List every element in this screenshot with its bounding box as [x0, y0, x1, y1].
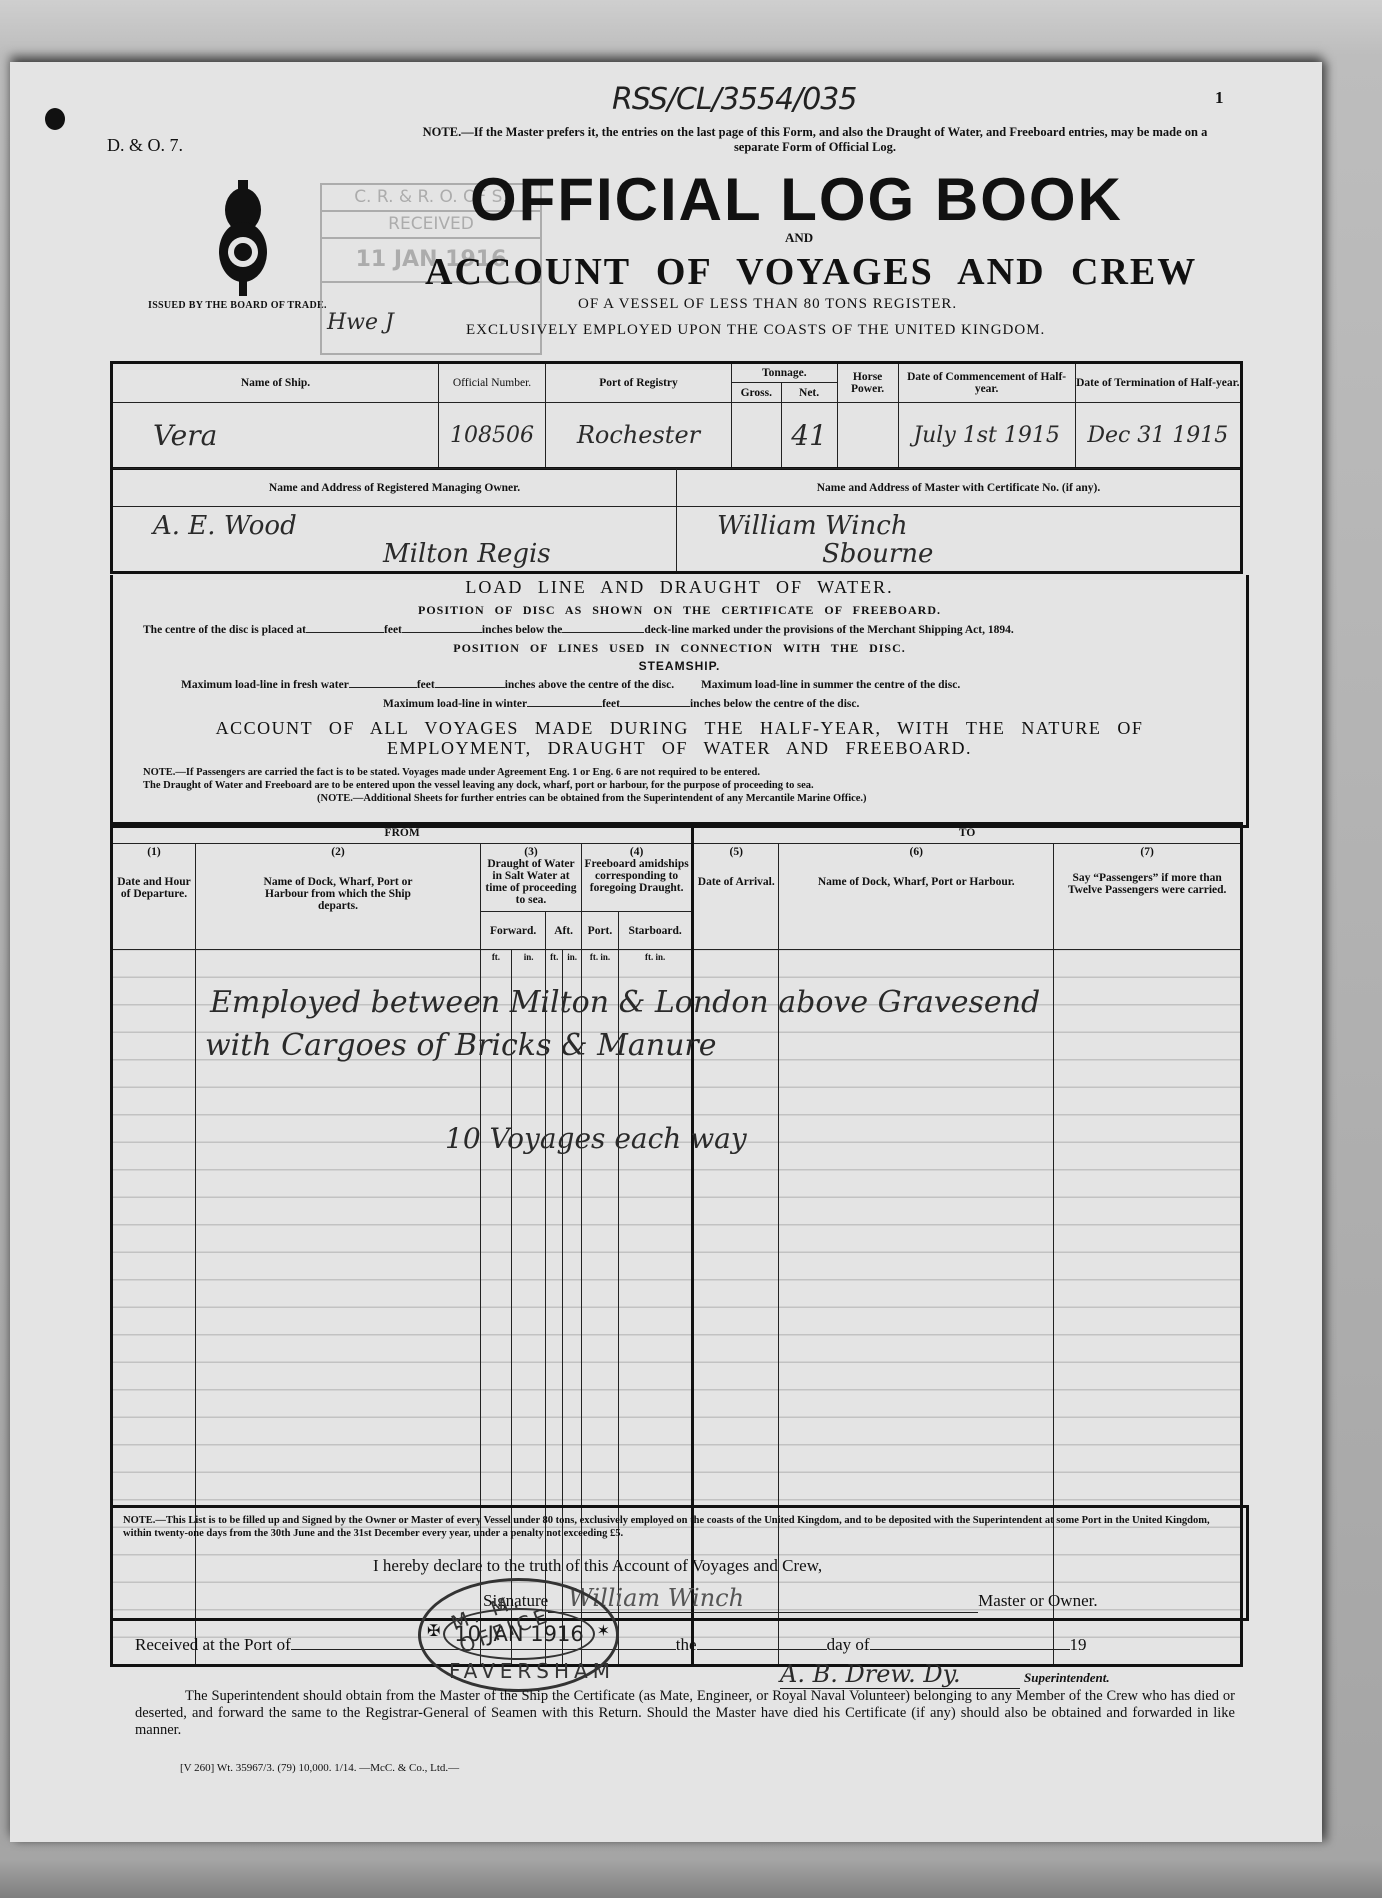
value-gross	[732, 403, 782, 469]
header-tonnage: Tonnage.	[732, 363, 838, 383]
load-line-title: LOAD LINE AND DRAUGHT OF WATER.	[113, 577, 1246, 598]
printer-line: [V 260] Wt. 35967/3. (79) 10,000. 1/14. …	[180, 1762, 459, 1774]
column-label: Date and Hour of Departure.	[115, 876, 193, 900]
inches-below-label: inches below the centre of the disc.	[690, 698, 859, 710]
column-1-header: (1)Date and Hour of Departure.	[112, 844, 196, 950]
owner-master-table: Name and Address of Registered Managing …	[110, 468, 1243, 574]
in-unit: in.	[524, 952, 534, 962]
disc-position-row: The centre of the disc is placed atfeeti…	[143, 622, 1014, 636]
value-horse-power	[837, 403, 898, 469]
disc-heading: POSITION OF DISC AS SHOWN ON THE CERTIFI…	[113, 603, 1246, 618]
star-icon: ✶	[597, 1621, 610, 1641]
voyages-note3: (NOTE.—Additional Sheets for further ent…	[317, 793, 867, 804]
summer-label: Maximum load-line in summer the centre o…	[701, 679, 960, 691]
column-7-header: (7)Say “Passengers” if more than Twelve …	[1054, 844, 1242, 950]
stamp-bottom-text: FAVERSHAM	[449, 1659, 615, 1683]
header-official-number: Official Number.	[439, 363, 546, 403]
feet-label: feet	[417, 679, 435, 691]
column-label: Draught of Water in Salt Water at time o…	[483, 858, 579, 906]
header-gross: Gross.	[732, 383, 782, 403]
lines-heading: POSITION OF LINES USED IN CONNECTION WIT…	[113, 641, 1246, 656]
inches-label: inches below the	[482, 624, 563, 636]
column-6-header: (6)Name of Dock, Wharf, Port or Harbour.	[779, 844, 1054, 950]
column-number: (3)	[483, 846, 579, 858]
header-net: Net.	[781, 383, 837, 403]
declaration-box: NOTE.—This List is to be filled up and S…	[110, 1505, 1249, 1621]
column-3-header: (3)Draught of Water in Salt Water at tim…	[481, 844, 582, 912]
feet-label: feet	[602, 698, 620, 710]
punch-hole	[45, 108, 65, 130]
column-number: (4)	[584, 846, 689, 858]
column-label: Freeboard amidships corresponding to for…	[584, 858, 689, 894]
feet-label: feet	[384, 624, 402, 636]
column-number: (1)	[115, 846, 193, 858]
reference-number: RSS/CL/3554/035	[612, 82, 856, 117]
stamp-date: 10 JAN 1916	[443, 1608, 595, 1660]
owner-label: Name and Address of Registered Managing …	[112, 469, 677, 507]
column-5-header: (5)Date of Arrival.	[693, 844, 779, 950]
value-commencement: July 1st 1915	[898, 403, 1075, 469]
master-cell: William Winch Sbourne	[677, 507, 1242, 573]
the-label: the	[676, 1635, 697, 1654]
in-unit: in.	[655, 952, 665, 962]
in-unit: in.	[600, 952, 610, 962]
header-port-of-registry: Port of Registry	[546, 363, 732, 403]
column-number: (5)	[696, 846, 776, 858]
ft-unit: ft.	[590, 952, 598, 962]
form-code: D. & O. 7.	[107, 135, 183, 156]
winter-row: Maximum load-line in winterfeetinches be…	[383, 696, 859, 710]
cross-icon: ✠	[427, 1621, 440, 1641]
column-4-header: (4)Freeboard amidships corresponding to …	[581, 844, 692, 912]
voyages-note2: The Draught of Water and Freeboard are t…	[143, 780, 814, 791]
top-note: NOTE.—If the Master prefers it, the entr…	[420, 125, 1210, 155]
page-number: 1	[1215, 88, 1224, 108]
column-number: (6)	[781, 846, 1051, 858]
subtitle-coasts: EXCLUSIVELY EMPLOYED UPON THE COASTS OF …	[466, 322, 1045, 339]
steamship-label: STEAMSHIP.	[113, 659, 1246, 673]
column-label: Name of Dock, Wharf, Port or Harbour fro…	[248, 876, 428, 912]
page-title: OFFICIAL LOG BOOK	[470, 165, 1123, 234]
master-name: William Winch	[717, 511, 908, 541]
to-header: TO	[693, 824, 1242, 844]
disc-row-label: The centre of the disc is placed at	[143, 624, 306, 636]
ft-unit: ft.	[645, 952, 653, 962]
received-at-port-label: Received at the Port of	[135, 1635, 291, 1654]
subtitle-vessel: OF A VESSEL OF LESS THAN 80 TONS REGISTE…	[578, 296, 957, 313]
value-termination: Dec 31 1915	[1075, 403, 1241, 469]
header-commencement: Date of Commencement of Half-year.	[898, 363, 1075, 403]
voyages-note1: NOTE.—If Passengers are carried the fact…	[143, 767, 760, 778]
column-number: (7)	[1056, 846, 1238, 858]
owner-cell: A. E. Wood Milton Regis	[112, 507, 677, 573]
footer-note: NOTE.—This List is to be filled up and S…	[123, 1514, 1223, 1540]
master-or-owner-label: Master or Owner.	[978, 1591, 1097, 1610]
column-2-header: (2)Name of Dock, Wharf, Port or Harbour …	[196, 844, 481, 950]
year-prefix: 19	[1070, 1635, 1087, 1654]
winter-label: Maximum load-line in winter	[383, 698, 527, 710]
royal-crest-icon	[213, 180, 273, 300]
superintendent-signature: A. B. Drew. Dy.	[780, 1660, 1020, 1689]
value-net: 41	[781, 403, 837, 469]
fresh-water-row: Maximum load-line in fresh waterfeetinch…	[181, 677, 960, 691]
voyages-title-line1: ACCOUNT OF ALL VOYAGES MADE DURING THE H…	[113, 718, 1246, 739]
header-termination: Date of Termination of Half-year.	[1075, 363, 1241, 403]
owner-address: Milton Regis	[383, 539, 551, 569]
secondary-title: ACCOUNT OF VOYAGES AND CREW	[425, 250, 1197, 294]
column-label: Date of Arrival.	[696, 876, 776, 888]
port-header: Port.	[581, 912, 618, 950]
ft-unit: ft.	[492, 952, 500, 962]
deck-line-label: deck-line marked under the provisions of…	[644, 624, 1013, 636]
master-label: Name and Address of Master with Certific…	[677, 469, 1242, 507]
issued-by-label: ISSUED BY THE BOARD OF TRADE.	[148, 300, 327, 311]
ft-unit: ft.	[550, 952, 558, 962]
inches-above-label: inches above the centre of the disc.	[505, 679, 674, 691]
master-address: Sbourne	[822, 539, 933, 569]
load-line-section: LOAD LINE AND DRAUGHT OF WATER. POSITION…	[110, 575, 1249, 828]
aft-header: Aft.	[546, 912, 582, 950]
mm-office-stamp: M. M. OFFICE 10 JAN 1916 FAVERSHAM ✠ ✶	[418, 1578, 619, 1692]
from-header: FROM	[112, 824, 693, 844]
voyage-entry-line3: 10 Voyages each way	[445, 1122, 747, 1155]
value-official-number: 108506	[439, 403, 546, 469]
day-of-label: day of	[827, 1635, 870, 1654]
superintendent-label: Superintendent.	[1024, 1670, 1110, 1685]
voyage-entry-line1: Employed between Milton & London above G…	[210, 985, 1040, 1020]
fresh-water-label: Maximum load-line in fresh water	[181, 679, 349, 691]
voyages-title-line2: EMPLOYMENT, DRAUGHT OF WATER AND FREEBOA…	[113, 738, 1246, 759]
ship-details-table: Name of Ship. Official Number. Port of R…	[110, 361, 1243, 470]
value-port-of-registry: Rochester	[546, 403, 732, 469]
column-label: Say “Passengers” if more than Twelve Pas…	[1056, 872, 1238, 896]
starboard-header: Starboard.	[618, 912, 692, 950]
header-horse-power: Horse Power.	[837, 363, 898, 403]
header-name-of-ship: Name of Ship.	[112, 363, 439, 403]
forward-header: Forward.	[481, 912, 546, 950]
column-number: (2)	[198, 846, 478, 858]
initials-annotation: Hwe J	[327, 310, 394, 335]
voyage-entry-line2: with Cargoes of Bricks & Manure	[205, 1028, 717, 1063]
superintendent-row: A. B. Drew. Dy. Superintendent.	[780, 1660, 1110, 1689]
owner-name: A. E. Wood	[153, 511, 297, 541]
in-unit: in.	[567, 952, 577, 962]
title-and: AND	[785, 230, 813, 246]
superintendent-instruction: The Superintendent should obtain from th…	[135, 1688, 1235, 1739]
value-name-of-ship: Vera	[112, 403, 439, 469]
column-label: Name of Dock, Wharf, Port or Harbour.	[781, 876, 1051, 888]
